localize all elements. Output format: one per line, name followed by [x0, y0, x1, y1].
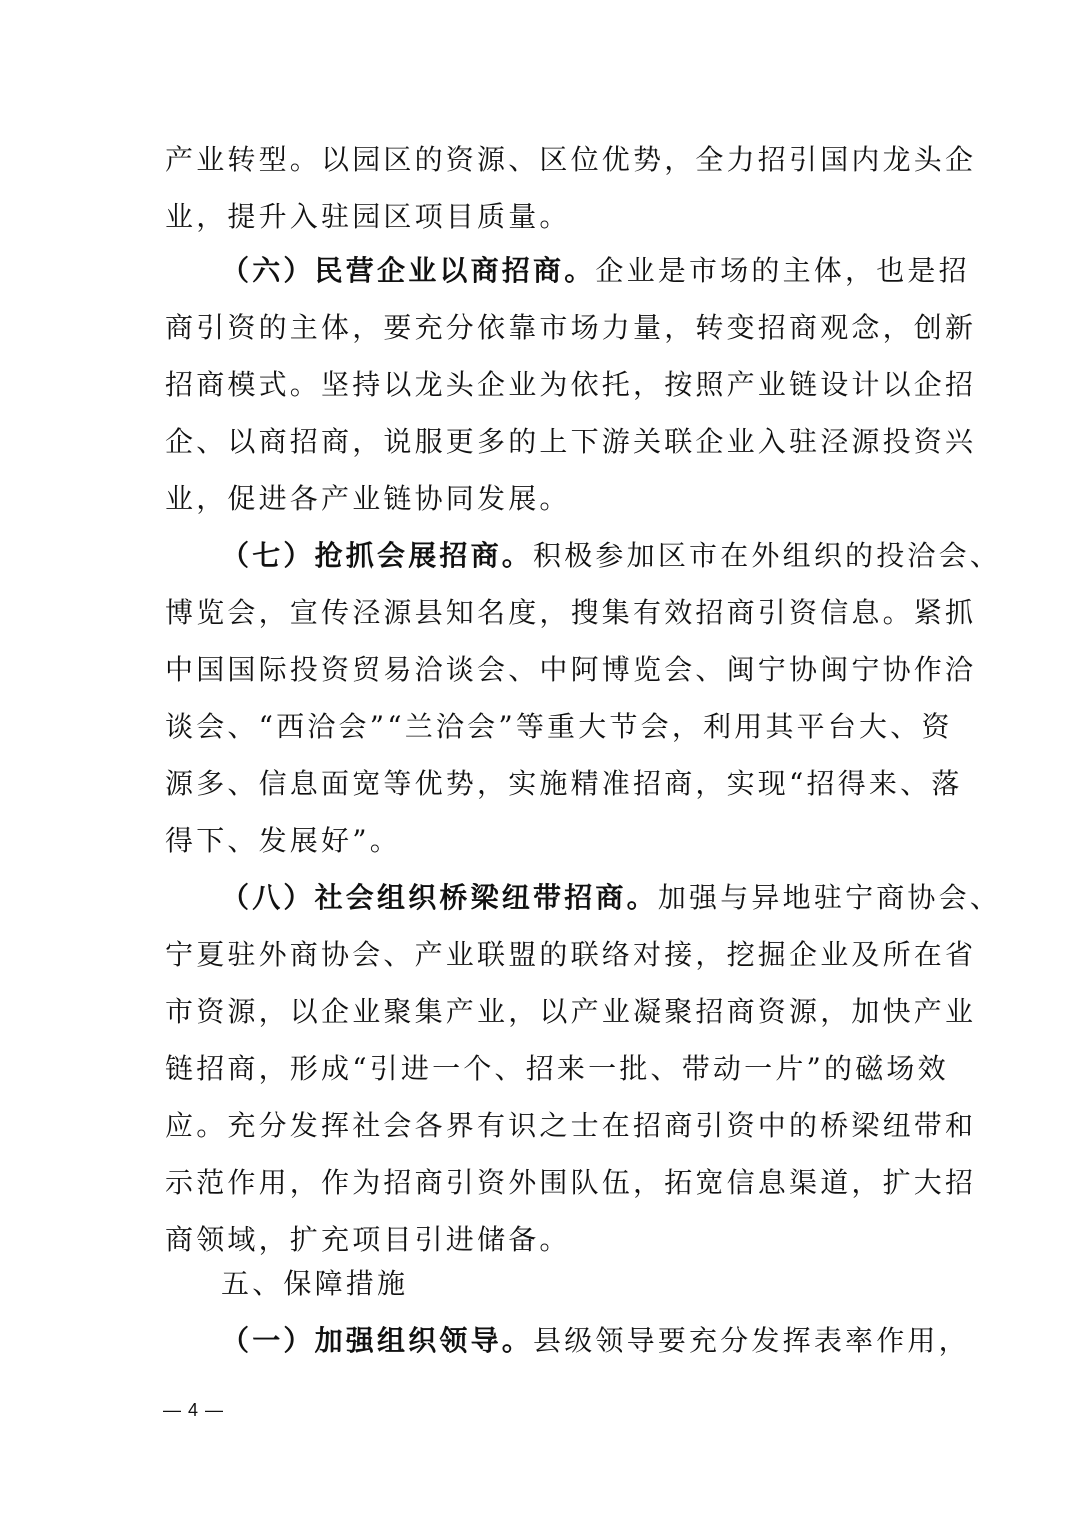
paragraph-line: 产业转型。以园区的资源、区位优势，全力招引国内龙头企 — [165, 142, 915, 178]
paragraph-line: 商引资的主体，要充分依靠市场力量，转变招商观念，创新 — [165, 310, 915, 346]
paragraph-line: 招商模式。坚持以龙头企业为依托，按照产业链设计以企招 — [165, 367, 915, 403]
line-text: 链招商，形成“引进一个、招来一批、带动一片”的磁场效 — [165, 1052, 949, 1085]
line-text: 博览会，宣传泾源县知名度，搜集有效招商引资信息。紧抓 — [165, 596, 976, 629]
paragraph-line: 宁夏驻外商协会、产业联盟的联络对接，挖掘企业及所在省 — [165, 937, 915, 973]
section-6-heading-line: （六）民营企业以商招商。企业是市场的主体，也是招 — [221, 253, 915, 289]
line-text: 中国国际投资贸易洽谈会、中阿博览会、闽宁协闽宁协作洽 — [165, 653, 976, 686]
line-text: 产业转型。以园区的资源、区位优势，全力招引国内龙头企 — [165, 143, 976, 176]
paragraph-line: 示范作用，作为招商引资外围队伍，拓宽信息渠道，扩大招 — [165, 1165, 915, 1201]
document-page: 产业转型。以园区的资源、区位优势，全力招引国内龙头企 业，提升入驻园区项目质量。… — [0, 0, 1074, 1520]
paragraph-line: 链招商，形成“引进一个、招来一批、带动一片”的磁场效 — [165, 1051, 915, 1087]
line-text: 商领域，扩充项目引进储备。 — [165, 1223, 571, 1256]
line-text: 招商模式。坚持以龙头企业为依托，按照产业链设计以企招 — [165, 368, 976, 401]
line-text: 示范作用，作为招商引资外围队伍，拓宽信息渠道，扩大招 — [165, 1166, 976, 1199]
line-text: 谈会、“西洽会”“兰洽会”等重大节会，利用其平台大、资 — [165, 710, 953, 743]
section-7-title: （七）抢抓会展招商。 — [221, 539, 533, 572]
line-text: 源多、信息面宽等优势，实施精准招商，实现“招得来、落 — [165, 767, 963, 800]
line-text: 宁夏驻外商协会、产业联盟的联络对接，挖掘企业及所在省 — [165, 938, 976, 971]
paragraph-line: 中国国际投资贸易洽谈会、中阿博览会、闽宁协闽宁协作洽 — [165, 652, 915, 688]
line-text: 业，促进各产业链协同发展。 — [165, 482, 571, 515]
line-text: 积极参加区市在外组织的投洽会、 — [533, 539, 1001, 572]
line-text: 企业是市场的主体，也是招 — [595, 254, 969, 287]
line-text: 应。充分发挥社会各界有识之士在招商引资中的桥梁纽带和 — [165, 1109, 976, 1142]
line-text: 加强与异地驻宁商协会、 — [658, 881, 1001, 914]
section-8-heading-line: （八）社会组织桥梁纽带招商。加强与异地驻宁商协会、 — [221, 880, 915, 916]
line-text: 业，提升入驻园区项目质量。 — [165, 200, 571, 233]
paragraph-line: 博览会，宣传泾源县知名度，搜集有效招商引资信息。紧抓 — [165, 595, 915, 631]
heading-text: 五、保障措施 — [221, 1267, 408, 1300]
line-text: 市资源，以企业聚集产业，以产业凝聚招商资源，加快产业 — [165, 995, 976, 1028]
paragraph-line: 商领域，扩充项目引进储备。 — [165, 1222, 915, 1258]
section-7-heading-line: （七）抢抓会展招商。积极参加区市在外组织的投洽会、 — [221, 538, 915, 574]
section-8-title: （八）社会组织桥梁纽带招商。 — [221, 881, 658, 914]
paragraph-line: 企、以商招商，说服更多的上下游关联企业入驻泾源投资兴 — [165, 424, 915, 460]
line-text: 商引资的主体，要充分依靠市场力量，转变招商观念，创新 — [165, 311, 976, 344]
paragraph-line: 业，提升入驻园区项目质量。 — [165, 199, 915, 235]
paragraph-line: 得下、发展好”。 — [165, 823, 915, 859]
page-number: — 4 — — [163, 1400, 224, 1421]
line-text: 得下、发展好”。 — [165, 824, 401, 857]
paragraph-line: 业，促进各产业链协同发展。 — [165, 481, 915, 517]
paragraph-line: 源多、信息面宽等优势，实施精准招商，实现“招得来、落 — [165, 766, 915, 802]
section-5-heading: 五、保障措施 — [221, 1266, 915, 1302]
subsection-1-heading-line: （一）加强组织领导。县级领导要充分发挥表率作用， — [221, 1323, 915, 1359]
paragraph-line: 谈会、“西洽会”“兰洽会”等重大节会，利用其平台大、资 — [165, 709, 915, 745]
paragraph-line: 市资源，以企业聚集产业，以产业凝聚招商资源，加快产业 — [165, 994, 915, 1030]
paragraph-line: 应。充分发挥社会各界有识之士在招商引资中的桥梁纽带和 — [165, 1108, 915, 1144]
line-text: 县级领导要充分发挥表率作用， — [533, 1324, 970, 1357]
subsection-1-title: （一）加强组织领导。 — [221, 1324, 533, 1357]
section-6-title: （六）民营企业以商招商。 — [221, 254, 595, 287]
line-text: 企、以商招商，说服更多的上下游关联企业入驻泾源投资兴 — [165, 425, 976, 458]
